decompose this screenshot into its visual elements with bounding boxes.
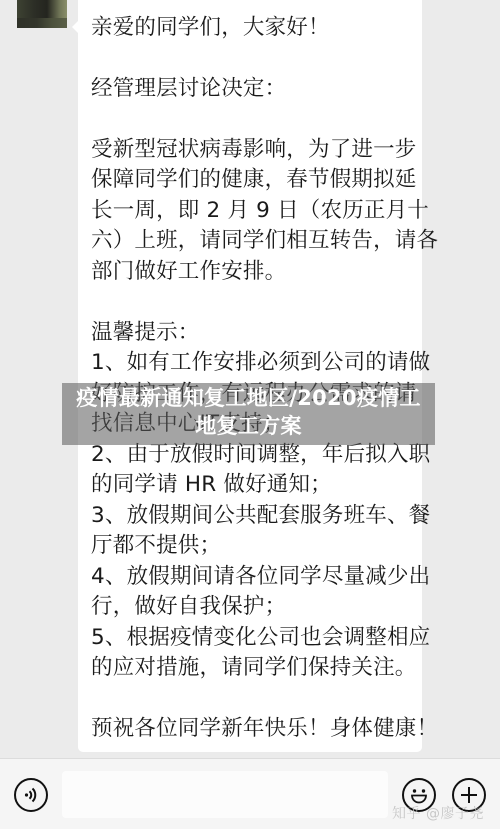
message-line: 受新型冠状病毒影响，为了进一步 [91,135,417,165]
message-line: 的同学请 HR 做好通知； [91,470,332,500]
message-line: 部门做好工作安排。 [91,257,286,287]
message-input[interactable] [62,771,388,818]
message-line: 经管理层讨论决定： [91,74,286,104]
message-line: 5、根据疫情变化公司也会调整相应 [91,623,430,653]
message-line: 温馨提示： [91,318,200,348]
title-banner-text: 疫情最新通知复工地区/2020疫情工 地复工方案 [62,384,435,440]
message-line: 长一周，即 2 月 9 日（农历正月十 [91,196,429,226]
message-line: 3、放假期间公共配套服务班车、餐 [91,501,430,531]
message-line: 4、放假期间请各位同学尽量减少出 [91,562,430,592]
message-line: 六）上班，请同学们相互转告，请各 [91,226,438,256]
message-line: 保障同学们的健康，春节假期拟延 [91,165,417,195]
message-line: 厅都不提供； [91,531,221,561]
watermark: 知乎 @廖子尧 [392,803,484,823]
banner-line-1: 疫情最新通知复工地区/2020疫情工 [62,384,435,412]
sender-avatar[interactable] [17,0,67,28]
message-line: 行，做好自我保护； [91,592,286,622]
voice-icon [16,780,46,810]
message-line: 亲爱的同学们，大家好！ [91,13,330,43]
message-line: 预祝各位同学新年快乐！身体健康！ [91,714,438,744]
message-line: 的应对措施，请同学们保持关注。 [91,653,417,683]
banner-line-2: 地复工方案 [62,412,435,440]
message-line: 1、如有工作安排必须到公司的请做 [91,348,430,378]
voice-button[interactable] [14,778,48,812]
